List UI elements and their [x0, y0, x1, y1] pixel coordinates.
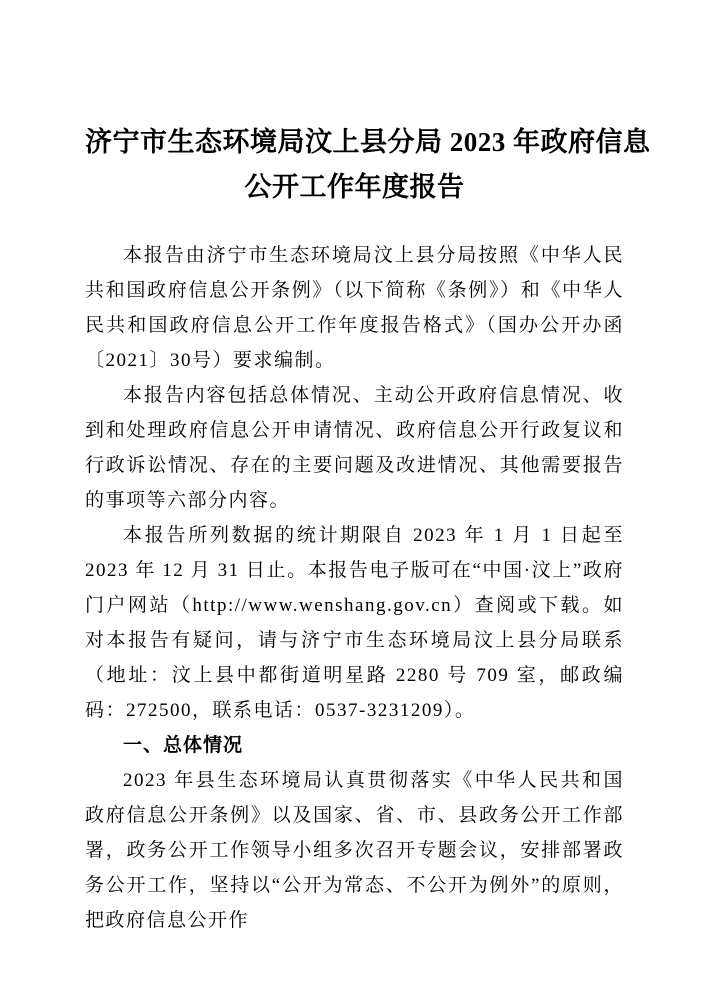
document-title: 济宁市生态环境局汶上县分局 2023 年政府信息 公开工作年度报告 — [85, 120, 624, 210]
section-one-paragraph-1: 2023 年县生态环境局认真贯彻落实《中华人民共和国政府信息公开条例》以及国家、… — [85, 763, 624, 938]
section-heading-overall-situation: 一、总体情况 — [85, 728, 624, 763]
intro-paragraph-1: 本报告由济宁市生态环境局汶上县分局按照《中华人民共和国政府信息公开条例》（以下简… — [85, 238, 624, 378]
document-title-line-1: 济宁市生态环境局汶上县分局 2023 年政府信息 — [85, 120, 624, 165]
document-page: 济宁市生态环境局汶上县分局 2023 年政府信息 公开工作年度报告 本报告由济宁… — [0, 0, 707, 999]
intro-paragraph-2: 本报告内容包括总体情况、主动公开政府信息情况、收到和处理政府信息公开申请情况、政… — [85, 378, 624, 518]
intro-paragraph-3: 本报告所列数据的统计期限自 2023 年 1 月 1 日起至 2023 年 12… — [85, 518, 624, 728]
document-title-line-2: 公开工作年度报告 — [85, 165, 624, 210]
